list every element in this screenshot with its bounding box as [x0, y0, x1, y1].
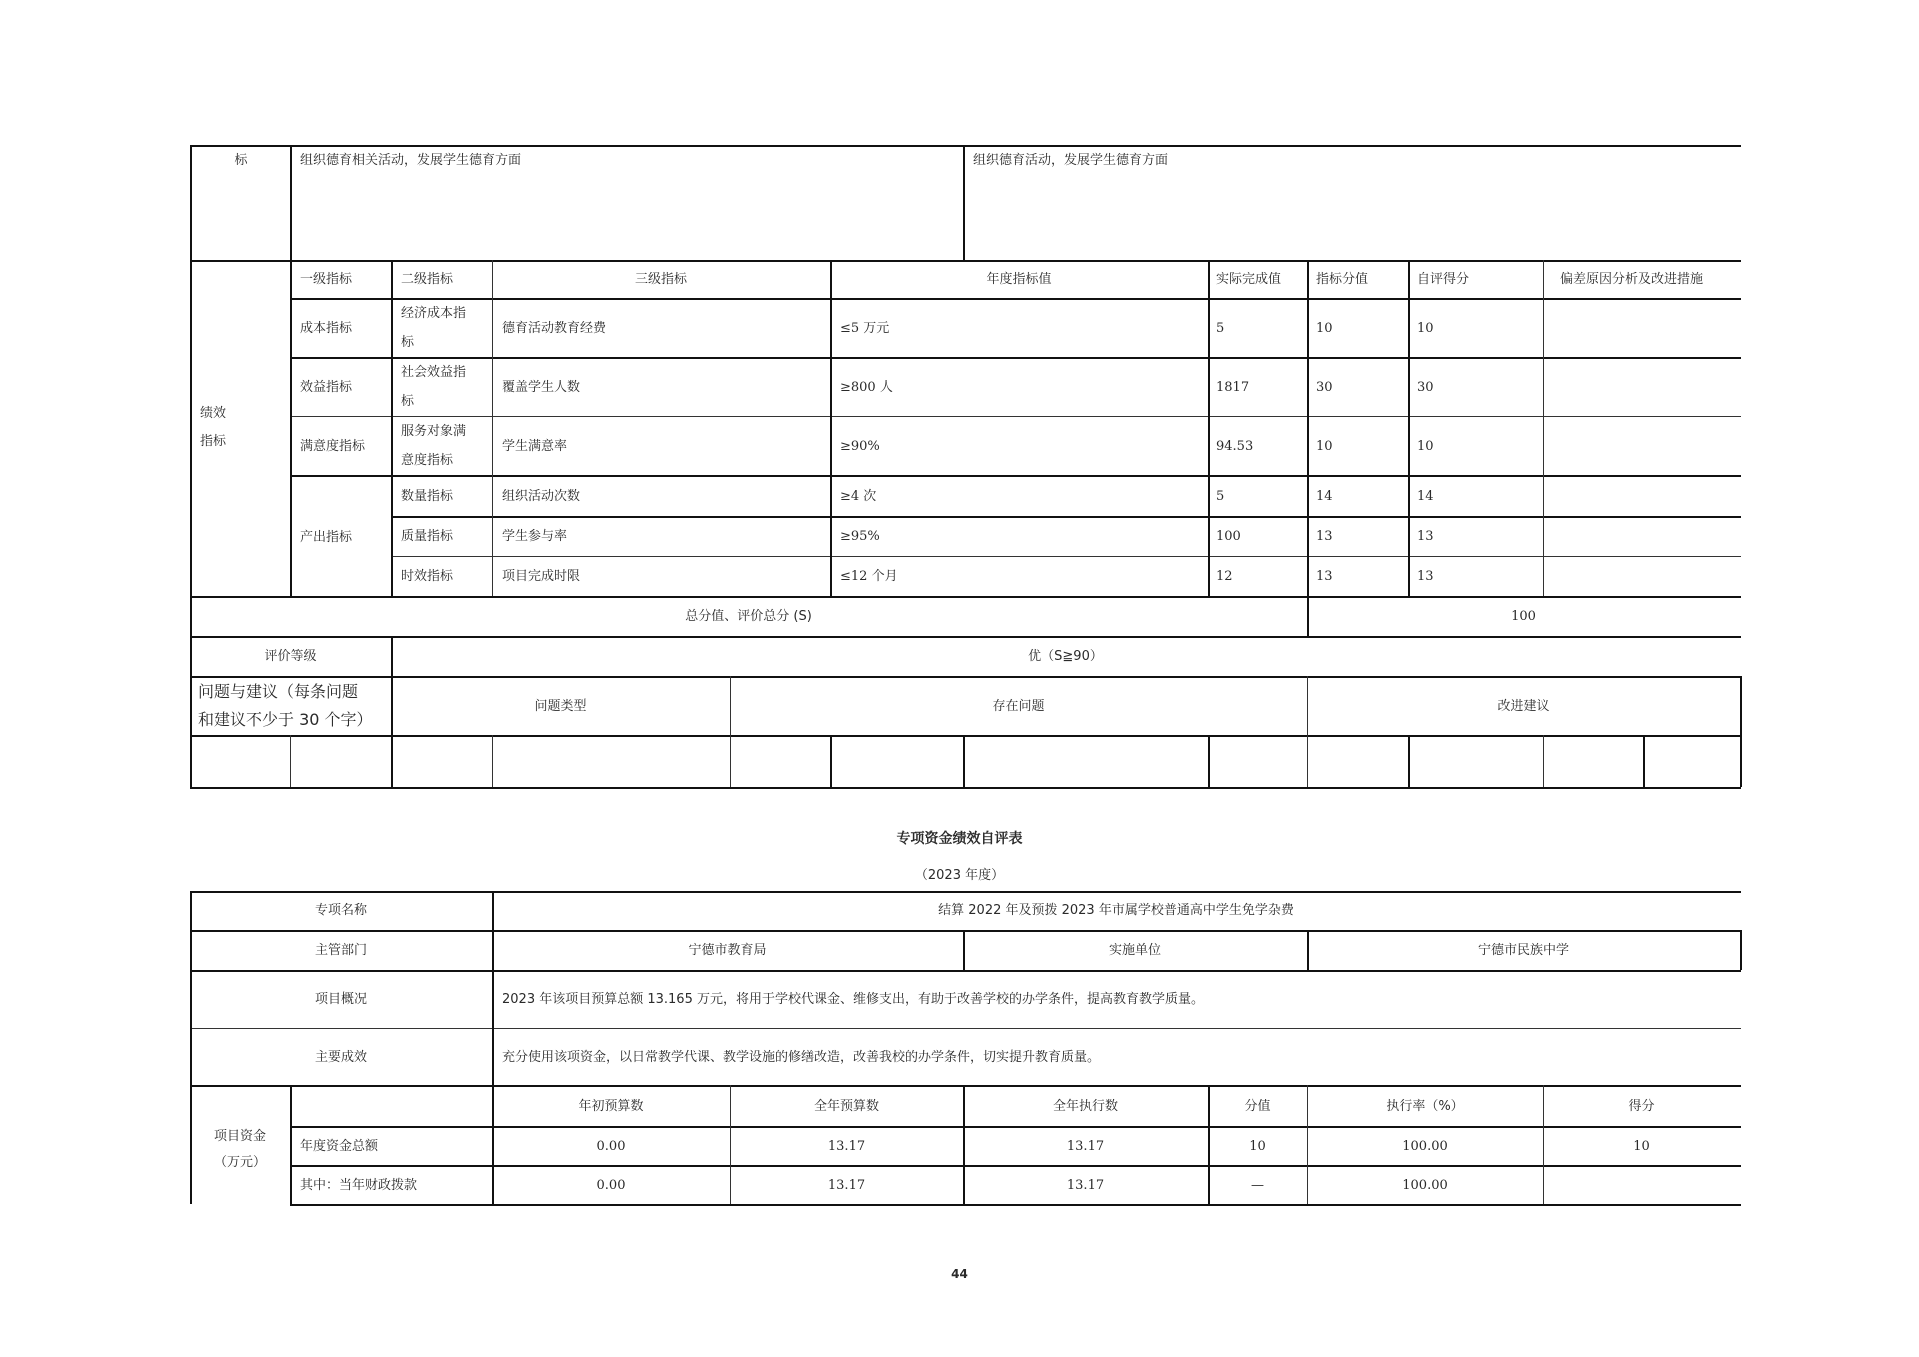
- target-cell: ≤12 个月: [840, 569, 898, 584]
- executed-cell: 13.17: [963, 1178, 1208, 1193]
- fund-row-label: 年度资金总额: [300, 1139, 378, 1154]
- target-cell: ≥800 人: [840, 380, 893, 395]
- actual-cell: 5: [1216, 321, 1224, 336]
- impl-value: 宁德市民族中学: [1307, 943, 1740, 958]
- weight-cell: 14: [1316, 489, 1333, 504]
- level2-cell: 数量指标: [401, 489, 453, 504]
- level2-cell: 时效指标: [401, 569, 453, 584]
- initial-cell: 0.00: [492, 1178, 730, 1193]
- level3-cell: 学生参与率: [502, 529, 567, 544]
- weight-cell: 13: [1316, 529, 1333, 544]
- score-cell: 13: [1417, 529, 1434, 544]
- page-number: 44: [0, 1267, 1919, 1282]
- score-cell: 30: [1417, 380, 1434, 395]
- initial-cell: 0.00: [492, 1139, 730, 1154]
- header-level1: 一级指标: [300, 272, 352, 287]
- funds-header-initial: 年初预算数: [492, 1099, 730, 1114]
- target-cell: ≤5 万元: [840, 321, 889, 336]
- level2-cell: 质量指标: [401, 529, 453, 544]
- overview-label: 项目概况: [190, 992, 492, 1007]
- header-remark: 偏差原因分析及改进措施: [1560, 272, 1703, 287]
- target-cell: ≥4 次: [840, 489, 876, 504]
- level1-cell: 满意度指标: [300, 439, 365, 454]
- annual-cell: 13.17: [730, 1178, 963, 1193]
- impl-label: 实施单位: [963, 943, 1307, 958]
- level1-cell: 效益指标: [300, 380, 352, 395]
- level2-cell: 社会效益指: [401, 365, 466, 380]
- funds-label: 项目资金: [190, 1129, 290, 1144]
- header-actual: 实际完成值: [1216, 272, 1281, 287]
- funds-header-rate: 执行率（%）: [1307, 1099, 1543, 1114]
- grade-label: 评价等级: [190, 649, 391, 664]
- target-cell: ≥95%: [840, 529, 880, 544]
- level3-cell: 项目完成时限: [502, 569, 580, 584]
- executed-cell: 13.17: [963, 1139, 1208, 1154]
- grade-value: 优（S≧90）: [391, 649, 1740, 664]
- level3-cell: 覆盖学生人数: [502, 380, 580, 395]
- issues-header-suggestion: 改进建议: [1307, 699, 1740, 714]
- goal-row-label: 标: [192, 153, 290, 168]
- total-value: 100: [1307, 609, 1740, 624]
- actual-cell: 12: [1216, 569, 1233, 584]
- score-cell: 10: [1417, 439, 1434, 454]
- results-label: 主要成效: [190, 1050, 492, 1065]
- annual-cell: 13.17: [730, 1139, 963, 1154]
- funds-header-annual: 全年预算数: [730, 1099, 963, 1114]
- project-name-label: 专项名称: [190, 903, 492, 918]
- table2-subtitle: （2023 年度）: [0, 868, 1919, 883]
- rate-cell: 100.00: [1307, 1139, 1543, 1154]
- weight-cell: 10: [1316, 321, 1333, 336]
- table2-title: 专项资金绩效自评表: [0, 832, 1919, 847]
- score-cell: 10: [1417, 321, 1434, 336]
- score-cell: 13: [1417, 569, 1434, 584]
- issues-label: 问题与建议（每条问题: [198, 678, 358, 706]
- weight-cell: 10: [1316, 439, 1333, 454]
- dept-value: 宁德市教育局: [492, 943, 963, 958]
- actual-cell: 5: [1216, 489, 1224, 504]
- score-cell: 14: [1417, 489, 1434, 504]
- level2-cell-line2: 意度指标: [401, 453, 453, 468]
- project-name-value: 结算 2022 年及预拨 2023 年市属学校普通高中学生免学杂费: [492, 903, 1740, 918]
- level2-cell: 服务对象满: [401, 424, 466, 439]
- actual-goal-text: 组织德育活动，发展学生德育方面: [973, 153, 1168, 168]
- results-text: 充分使用该项资金，以日常教学代课、教学设施的修缮改造，改善我校的办学条件，切实提…: [502, 1050, 1100, 1065]
- level2-cell: 经济成本指: [401, 306, 466, 321]
- level2-cell-line2: 标: [401, 335, 414, 350]
- header-target: 年度指标值: [830, 272, 1208, 287]
- actual-cell: 1817: [1216, 380, 1249, 395]
- dept-label: 主管部门: [190, 943, 492, 958]
- funds-label-line2: （万元）: [190, 1155, 290, 1170]
- fund-row-label: 其中：当年财政拨款: [300, 1178, 417, 1193]
- header-weight: 指标分值: [1316, 272, 1368, 287]
- total-label: 总分值、评价总分 (S): [190, 609, 1307, 624]
- target-goal-text: 组织德育相关活动，发展学生德育方面: [300, 153, 521, 168]
- level3-cell: 学生满意率: [502, 439, 567, 454]
- level3-cell: 组织活动次数: [502, 489, 580, 504]
- header-score: 自评得分: [1417, 272, 1469, 287]
- funds-header-executed: 全年执行数: [963, 1099, 1208, 1114]
- score-cell: 10: [1543, 1139, 1740, 1154]
- funds-header-score: 得分: [1543, 1099, 1740, 1114]
- weight-cell: 10: [1208, 1139, 1307, 1154]
- rate-cell: 100.00: [1307, 1178, 1543, 1193]
- level2-cell-line2: 标: [401, 394, 414, 409]
- weight-cell: 13: [1316, 569, 1333, 584]
- section-label-line2: 指标: [200, 434, 226, 449]
- actual-cell: 94.53: [1216, 439, 1253, 454]
- level1-cell: 成本指标: [300, 321, 352, 336]
- header-level2: 二级指标: [401, 272, 453, 287]
- weight-cell: 30: [1316, 380, 1333, 395]
- issues-header-problem: 存在问题: [730, 699, 1307, 714]
- actual-cell: 100: [1216, 529, 1241, 544]
- level3-cell: 德育活动教育经费: [502, 321, 606, 336]
- issues-label-line2: 和建议不少于 30 个字）: [198, 706, 373, 734]
- level1-cell: 产出指标: [300, 530, 352, 545]
- funds-header-weight: 分值: [1208, 1099, 1307, 1114]
- overview-text: 2023 年该项目预算总额 13.165 万元，将用于学校代课金、维修支出，有助…: [502, 992, 1204, 1007]
- target-cell: ≥90%: [840, 439, 880, 454]
- issues-header-type: 问题类型: [391, 699, 730, 714]
- weight-cell: —: [1208, 1178, 1307, 1193]
- header-level3: 三级指标: [492, 272, 830, 287]
- section-label: 绩效: [200, 406, 226, 421]
